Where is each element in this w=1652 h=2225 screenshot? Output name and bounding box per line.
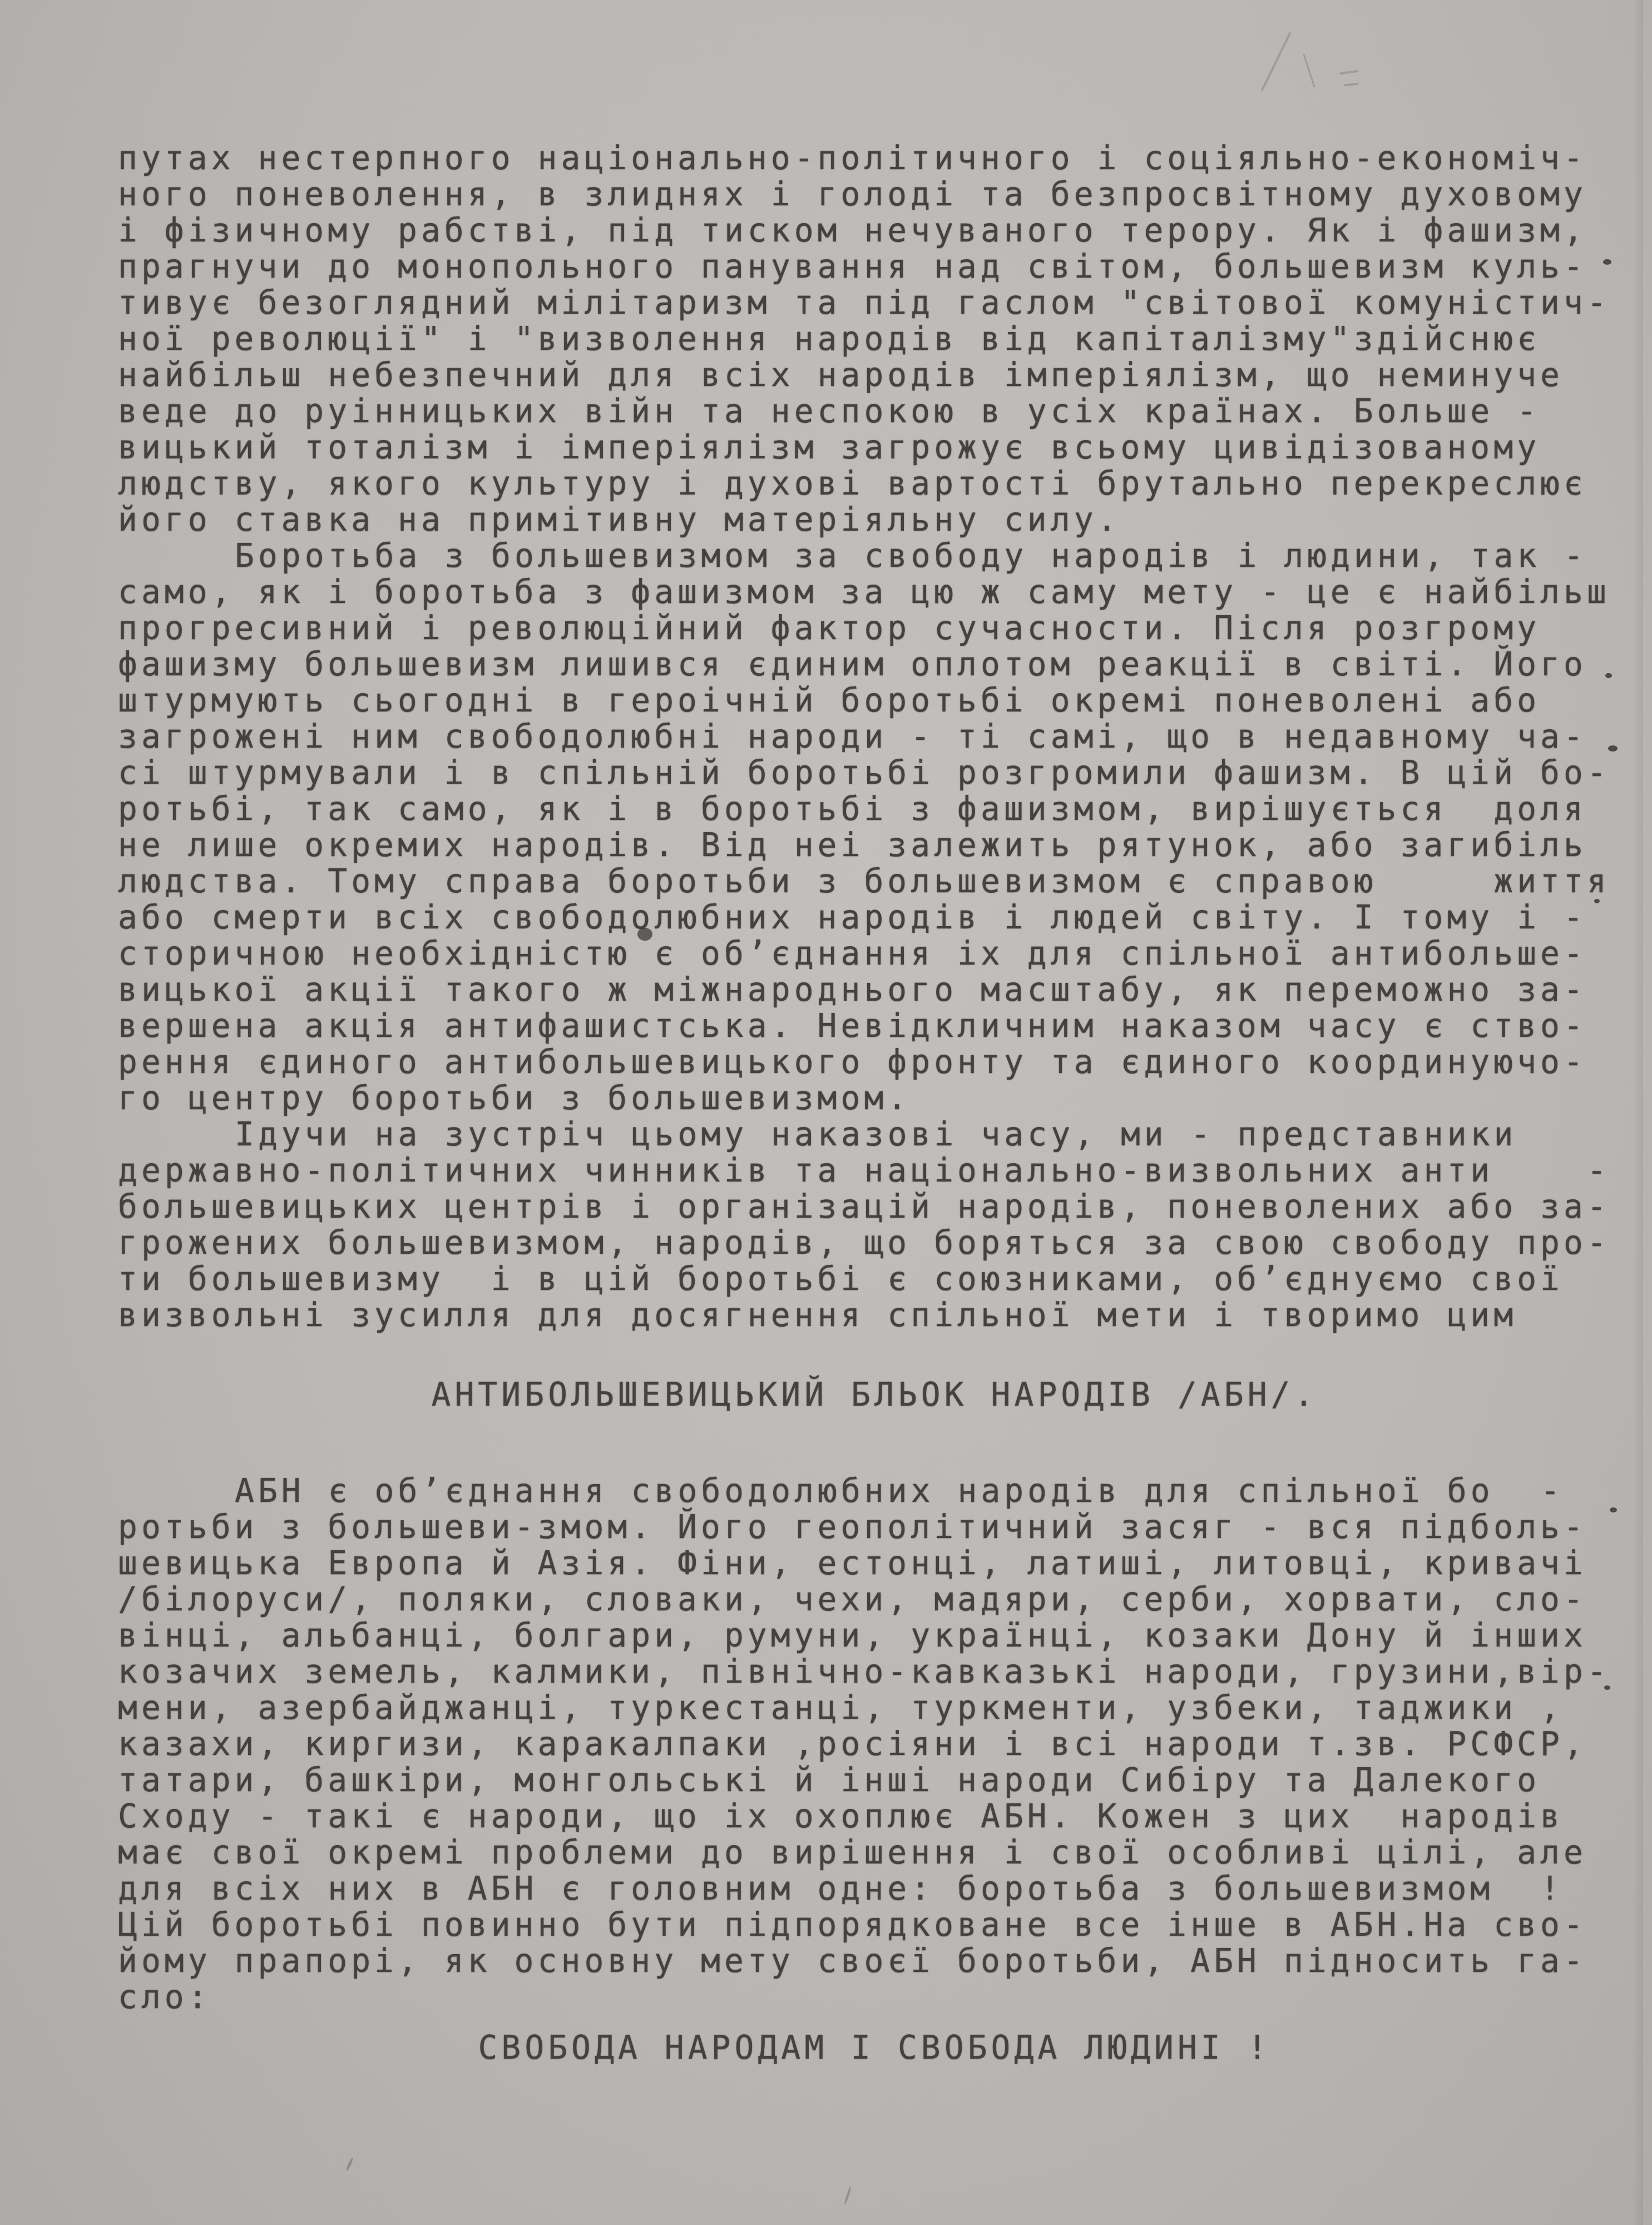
document-slogan: СВОБОДА НАРОДАМ І СВОБОДА ЛЮДИНІ ! — [118, 2030, 1631, 2066]
ink-speck — [1594, 899, 1600, 903]
pencil-mark — [1260, 32, 1291, 92]
pencil-mark — [1339, 70, 1358, 75]
ink-speck — [1603, 259, 1611, 265]
text-column: путах нестерпного національно-політичног… — [118, 140, 1631, 2066]
ink-speck — [1608, 745, 1618, 751]
document-heading: АНТИБОЛЬШЕВИЦЬКИЙ БЛЬОК НАРОДІВ /АБН/. — [118, 1377, 1631, 1413]
paragraph-3: Ідучи на зустріч цьому наказові часу, ми… — [118, 1116, 1631, 1333]
ink-speck — [1605, 673, 1612, 678]
paper-crease — [1633, 0, 1643, 2225]
pencil-mark — [1303, 54, 1315, 87]
pencil-mark — [1344, 83, 1358, 87]
scanned-page: путах нестерпного національно-політичног… — [0, 0, 1652, 2225]
paragraph-2: Боротьба з большевизмом за свободу народ… — [118, 538, 1631, 1116]
pencil-mark — [345, 2157, 354, 2172]
ink-blot — [637, 928, 652, 941]
paragraph-1: путах нестерпного національно-політичног… — [118, 140, 1631, 538]
pencil-mark — [844, 2186, 852, 2205]
ink-speck — [1610, 1507, 1617, 1512]
paragraph-4: АБН є об’єднання свободолюбних народів д… — [118, 1473, 1631, 2015]
ink-speck — [1604, 1685, 1610, 1690]
